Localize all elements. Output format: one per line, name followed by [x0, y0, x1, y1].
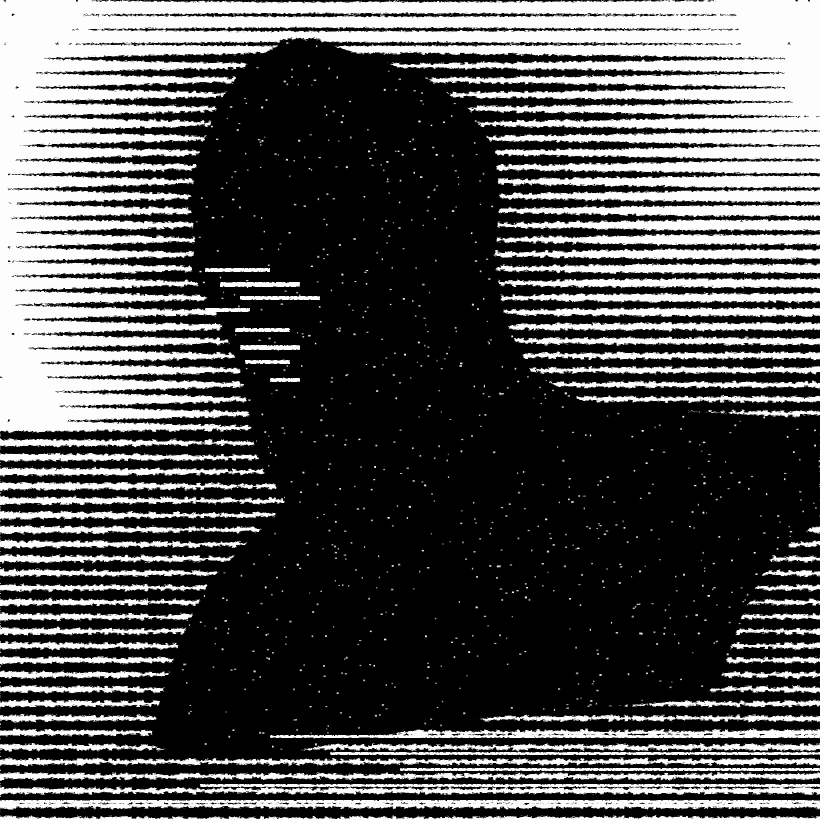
halftone-portrait [0, 0, 820, 820]
halftone-canvas [0, 0, 820, 820]
